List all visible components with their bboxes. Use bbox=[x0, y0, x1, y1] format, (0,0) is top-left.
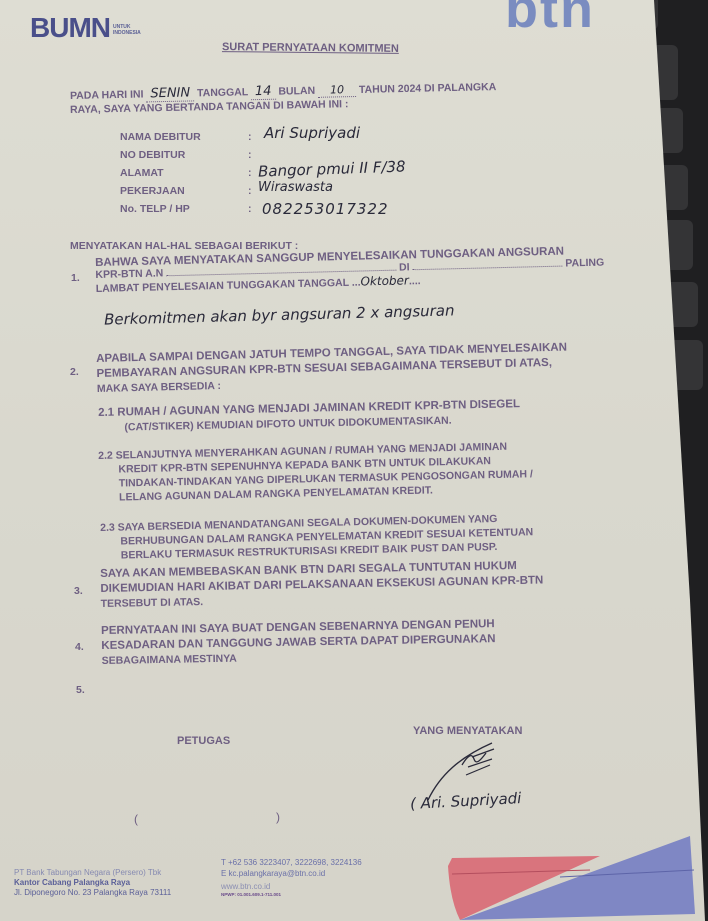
intro-text: TAHUN 2024 DI PALANGKA bbox=[359, 81, 497, 96]
colon: : bbox=[248, 185, 252, 197]
pekerjaan-value[interactable]: Wiraswasta bbox=[258, 180, 333, 195]
tanggal-field[interactable]: 14 bbox=[251, 84, 276, 101]
item-3-number: 3. bbox=[74, 585, 83, 597]
field-label-nama: NAMA DEBITUR bbox=[120, 131, 201, 143]
di-field[interactable] bbox=[413, 266, 563, 271]
handwritten-note[interactable]: Berkomitmen akan byr angsuran 2 x angsur… bbox=[104, 301, 455, 328]
colon: : bbox=[248, 149, 252, 161]
field-label-telp: No. TELP / HP bbox=[120, 203, 190, 215]
alamat-value[interactable]: Bangor pmui II F/38 bbox=[258, 157, 406, 180]
footer-web[interactable]: www.btn.co.id bbox=[221, 881, 362, 892]
statement-heading: MENYATAKAN HAL-HAL SEBAGAI BERIKUT : bbox=[70, 240, 298, 252]
item-2-2: 2.2 SELANJUTNYA MENYERAHKAN AGUNAN / RUM… bbox=[98, 439, 533, 505]
footer-contact: T +62 536 3223407, 3222698, 3224136 E kc… bbox=[221, 857, 362, 898]
footer-phone: T +62 536 3223407, 3222698, 3224136 bbox=[221, 857, 362, 868]
item-2-3: 2.3 SAYA BERSEDIA MENANDATANGANI SEGALA … bbox=[100, 511, 534, 563]
item-3: SAYA AKAN MEMBEBASKAN BANK BTN DARI SEGA… bbox=[100, 558, 544, 611]
footer-street: Jl. Diponegoro No. 23 Palangka Raya 7311… bbox=[14, 888, 171, 898]
colon: : bbox=[248, 203, 252, 215]
footer-branch: Kantor Cabang Palangka Raya bbox=[14, 878, 171, 888]
item-1-text: PALING bbox=[565, 257, 604, 270]
item-1-number: 1. bbox=[71, 272, 80, 284]
intro-text: BULAN bbox=[278, 85, 315, 98]
intro-text: PADA HARI INI bbox=[70, 88, 144, 102]
field-label-no-debitur: NO DEBITUR bbox=[120, 149, 185, 161]
field-label-pekerjaan: PEKERJAAN bbox=[120, 185, 185, 197]
item-1-text: LAMBAT PENYELESAIAN TUNGGAKAN TANGGAL ..… bbox=[96, 277, 361, 295]
item-4-number: 4. bbox=[75, 641, 84, 653]
bumn-sub-2: INDONESIA bbox=[113, 30, 141, 36]
penyelesaian-tanggal-field[interactable]: Oktober bbox=[360, 273, 409, 288]
footer-npwp: NPWP: 01.001.609.1-711.001 bbox=[221, 892, 362, 898]
footer-brand-stripe bbox=[440, 830, 700, 921]
bumn-logo-text: BUMN bbox=[30, 12, 110, 43]
bulan-field[interactable]: 10 bbox=[318, 83, 356, 98]
telp-value[interactable]: 082253017322 bbox=[262, 200, 389, 218]
document-paper: BUMNUNTUKINDONESIA btn SURAT PERNYATAAN … bbox=[0, 0, 708, 921]
item-1: BAHWA SAYA MENYATAKAN SANGGUP MENYELESAI… bbox=[95, 245, 605, 295]
petugas-name-close: ) bbox=[276, 810, 280, 824]
colon: : bbox=[248, 131, 252, 143]
nama-debitur-value[interactable]: Ari Supriyadi bbox=[264, 124, 360, 142]
document-title: SURAT PERNYATAAN KOMITMEN bbox=[222, 41, 399, 55]
hari-field[interactable]: SENIN bbox=[146, 85, 194, 102]
petugas-name-open: ( bbox=[134, 812, 138, 826]
item-5-number: 5. bbox=[76, 684, 85, 696]
footer-email[interactable]: E kc.palangkaraya@btn.co.id bbox=[221, 868, 362, 879]
bumn-logo: BUMNUNTUKINDONESIA bbox=[30, 12, 141, 44]
colon: : bbox=[248, 167, 252, 179]
item-1-text: DI bbox=[399, 261, 410, 273]
field-label-alamat: ALAMAT bbox=[120, 167, 164, 179]
item-2-number: 2. bbox=[70, 366, 79, 378]
btn-logo: btn bbox=[505, 0, 595, 40]
petugas-label: PETUGAS bbox=[177, 735, 230, 747]
footer-address: PT Bank Tabungan Negara (Persero) Tbk Ka… bbox=[14, 868, 171, 898]
item-2: APABILA SAMPAI DENGAN JATUH TEMPO TANGGA… bbox=[96, 340, 568, 396]
item-4: PERNYATAAN INI SAYA BUAT DENGAN SEBENARN… bbox=[101, 617, 496, 669]
item-2-1: 2.1 RUMAH / AGUNAN YANG MENJADI JAMINAN … bbox=[98, 397, 520, 436]
footer-company: PT Bank Tabungan Negara (Persero) Tbk bbox=[14, 868, 171, 878]
bumn-logo-sub: UNTUKINDONESIA bbox=[113, 24, 141, 36]
intro-text: TANGGAL bbox=[197, 86, 248, 99]
